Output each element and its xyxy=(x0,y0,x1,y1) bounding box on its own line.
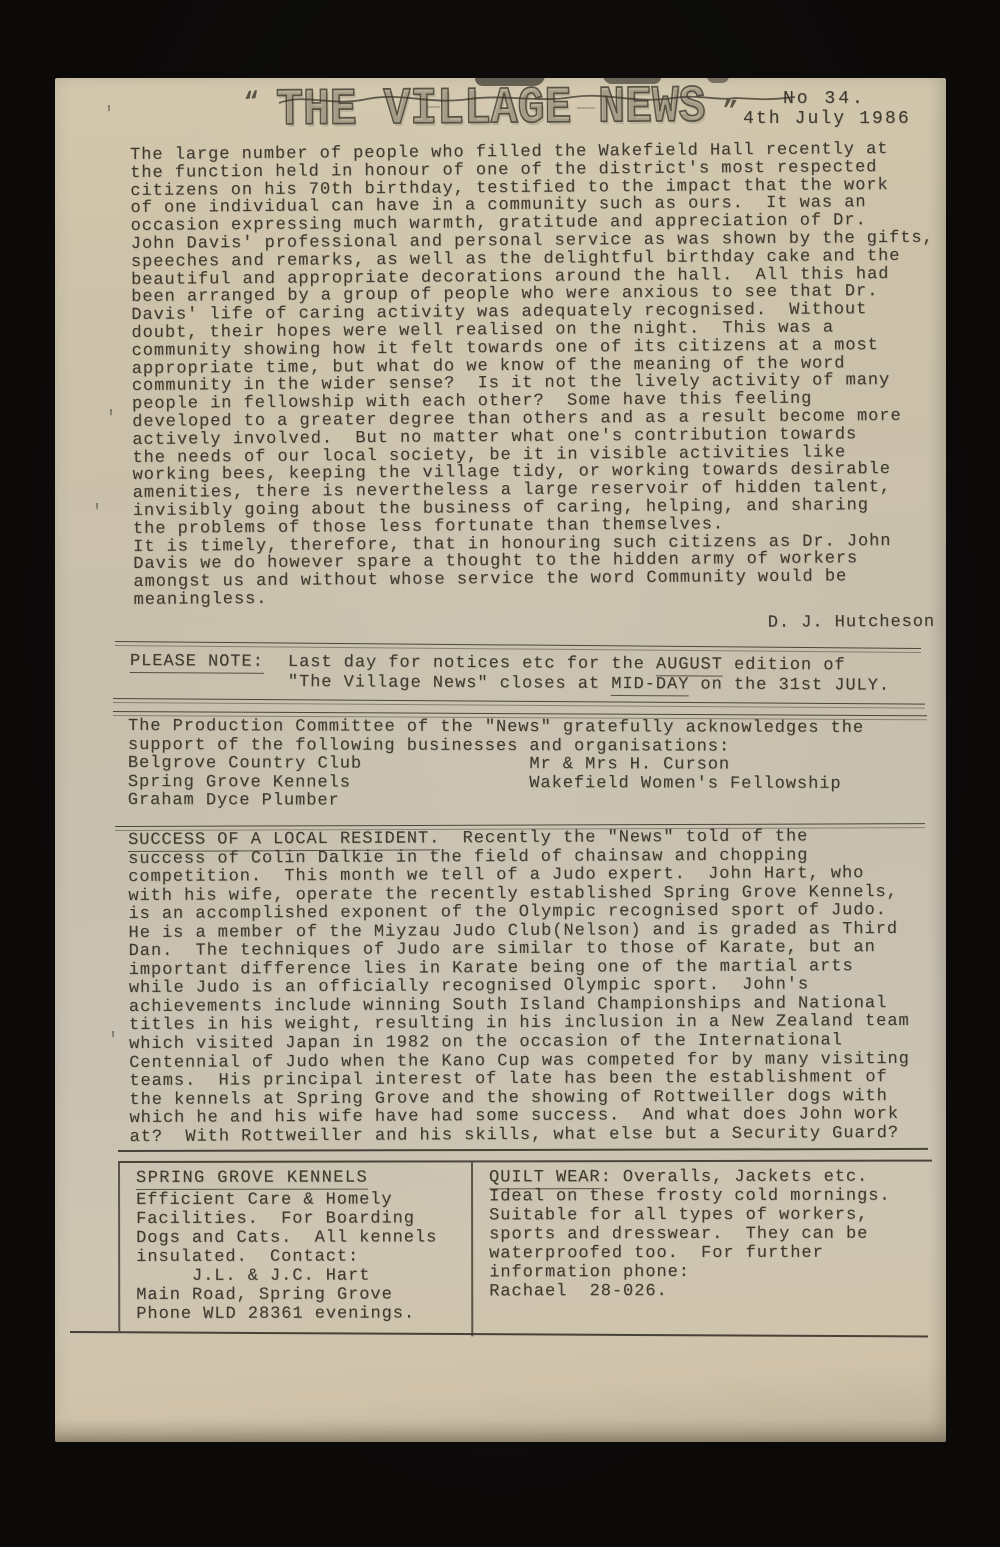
deadline-time: MID-DAY xyxy=(611,674,689,695)
please-note-section: PLEASE NOTE: Last day for notices etc fo… xyxy=(130,652,940,701)
article-body: Recently the "News" told of the success … xyxy=(128,827,910,1146)
acknowledgements-text: The Production Committee of the "News" g… xyxy=(128,718,864,813)
torn-edge-notch xyxy=(707,76,729,83)
please-note-line: "The Village News" closes at xyxy=(288,672,612,693)
divider-rule xyxy=(118,1148,928,1155)
ads-table: SPRING GROVE KENNELS Efficient Care & Ho… xyxy=(118,1160,932,1331)
bottom-rule xyxy=(70,1331,928,1340)
paper-bottom-edge xyxy=(55,1420,946,1442)
please-note-text: Last day for notices etc for the AUGUST … xyxy=(288,653,890,696)
ad-spring-grove-kennels: SPRING GROVE KENNELS Efficient Care & Ho… xyxy=(136,1168,456,1323)
ad-title: QUILT WEAR xyxy=(489,1168,601,1189)
ad-quilt-wear: QUILT WEAR: Overalls, Jackets etc. Ideal… xyxy=(489,1168,919,1302)
scan-background: “ THE VILLAGE NEWS ” No 34. 4th July 198… xyxy=(0,0,1000,1547)
please-note-line: edition of xyxy=(723,656,846,676)
masthead-open-quote: “ xyxy=(243,87,261,118)
divider-rule xyxy=(115,641,921,653)
newsletter-page: “ THE VILLAGE NEWS ” No 34. 4th July 198… xyxy=(55,78,946,1442)
issue-number: No 34. xyxy=(783,90,866,109)
ad-body: QUILT WEAR: Overalls, Jackets etc. Ideal… xyxy=(489,1168,919,1302)
ad-body: Efficient Care & Homely Facilities. For … xyxy=(136,1190,456,1324)
ads-column-divider xyxy=(471,1162,473,1336)
please-note-label: PLEASE NOTE: xyxy=(130,652,264,674)
editorial-signature: D. J. Hutcheson xyxy=(130,613,1000,635)
article-success-local-resident: SUCCESS OF A LOCAL RESIDENT. Recently th… xyxy=(128,828,935,1148)
please-note-line: Last day for notices etc for the xyxy=(288,653,656,674)
issue-date: 4th July 1986 xyxy=(743,110,911,129)
editorial-body: The large number of people who filled th… xyxy=(130,141,939,610)
scan-mark: ' xyxy=(103,104,115,127)
ad-title: SPRING GROVE KENNELS xyxy=(136,1170,368,1190)
scan-mark: ' xyxy=(107,1030,119,1053)
ad-body-text: Ideal on these frosty cold mornings. Sui… xyxy=(489,1187,891,1302)
ad-title-rest: : Overalls, Jackets etc. xyxy=(601,1168,869,1187)
deadline-month: AUGUST xyxy=(656,655,723,676)
scribble-line xyxy=(277,88,797,112)
scan-mark: ' xyxy=(91,502,103,525)
please-note-line: on the 31st JULY. xyxy=(689,675,890,695)
scan-mark: ' xyxy=(105,408,117,431)
